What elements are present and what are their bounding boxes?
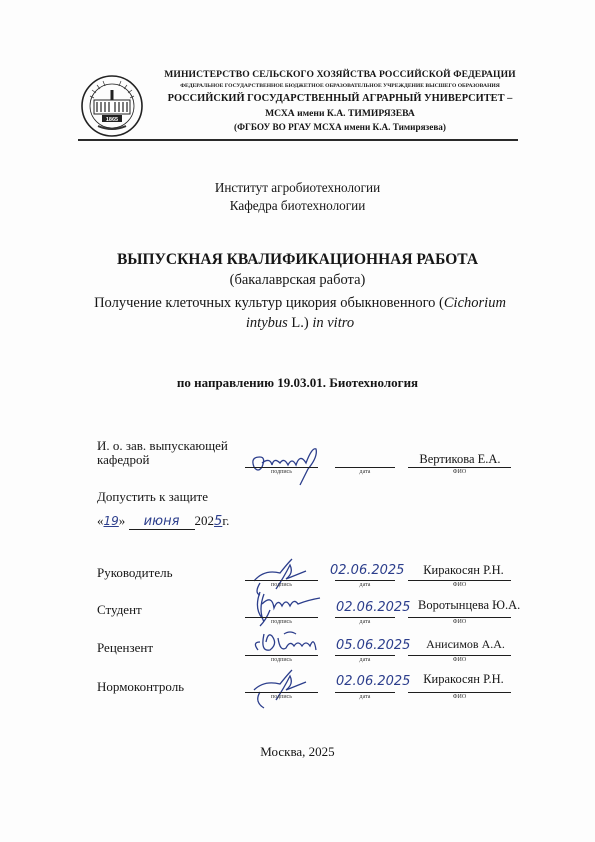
name-line xyxy=(408,580,511,581)
admission-label: Допустить к защите xyxy=(97,489,208,505)
signature-caption: подпись xyxy=(245,657,318,663)
name-line xyxy=(408,617,511,618)
date-line xyxy=(335,692,395,693)
svg-text:1865: 1865 xyxy=(106,117,118,123)
study-direction: по направлению 19.03.01. Биотехнология xyxy=(0,375,595,391)
signature-caption: подпись xyxy=(245,469,318,475)
name-caption: ФИО xyxy=(408,469,511,475)
university-name: РОССИЙСКИЙ ГОСУДАРСТВЕННЫЙ АГРАРНЫЙ УНИВ… xyxy=(150,93,530,104)
thesis-topic: Получение клеточных культур цикория обык… xyxy=(70,293,530,333)
work-type: (бакалаврская работа) xyxy=(0,272,595,289)
name-line xyxy=(408,692,511,693)
role-student: Студент xyxy=(97,602,142,618)
name-line xyxy=(408,467,511,468)
signature-line xyxy=(245,467,318,468)
document-title: ВЫПУСКНАЯ КВАЛИФИКАЦИОННАЯ РАБОТА xyxy=(0,251,595,269)
ministry-name: МИНИСТЕРСТВО СЕЛЬСКОГО ХОЗЯЙСТВА РОССИЙС… xyxy=(150,69,530,80)
date-line xyxy=(335,467,395,468)
name-line xyxy=(408,655,511,656)
student-date: 02.06.2025 xyxy=(336,600,410,615)
date-line xyxy=(335,580,395,581)
supervisor-date: 02.06.2025 xyxy=(330,563,404,578)
date-line xyxy=(335,655,395,656)
signature-line xyxy=(245,617,318,618)
role-reviewer: Рецензент xyxy=(97,640,153,656)
norm-control-name: Киракосян Р.Н. xyxy=(416,672,511,687)
reviewer-name: Анисимов А.А. xyxy=(418,637,513,652)
department-name: Кафедра биотехнологии xyxy=(0,198,595,214)
admission-date: «19» июня2025г. xyxy=(97,513,229,530)
topic-in-vitro: in vitro xyxy=(312,315,354,331)
header-divider xyxy=(78,139,518,141)
signature-line xyxy=(245,655,318,656)
reviewer-date: 05.06.2025 xyxy=(336,638,410,653)
date-caption: дата xyxy=(335,582,395,588)
topic-genus: Cichorium xyxy=(444,295,506,311)
head-of-dept-name: Вертикова Е.А. xyxy=(410,452,510,467)
signature-line xyxy=(245,692,318,693)
head-of-dept-label-2: кафедрой xyxy=(97,452,149,468)
signature-student xyxy=(250,588,325,633)
institute-name: Институт агробиотехнологии xyxy=(0,180,595,196)
supervisor-name: Киракосян Р.Н. xyxy=(416,563,511,578)
topic-species: intybus xyxy=(246,315,288,331)
date-caption: дата xyxy=(335,619,395,625)
city-year: Москва, 2025 xyxy=(0,744,595,760)
role-supervisor: Руководитель xyxy=(97,565,173,581)
name-caption: ФИО xyxy=(408,582,511,588)
name-caption: ФИО xyxy=(408,657,511,663)
signature-line xyxy=(245,580,318,581)
role-norm-control: Нормоконтроль xyxy=(97,679,184,695)
date-caption: дата xyxy=(335,694,395,700)
university-name-cont: МСХА имени К.А. ТИМИРЯЗЕВА xyxy=(150,108,530,119)
university-abbrev: (ФГБОУ ВО РГАУ МСХА имени К.А. Тимирязев… xyxy=(150,122,530,132)
signature-caption: подпись xyxy=(245,619,318,625)
name-caption: ФИО xyxy=(408,619,511,625)
admission-month: июня xyxy=(144,514,180,529)
student-name: Воротынцева Ю.А. xyxy=(418,598,518,613)
admission-month-field: июня xyxy=(129,513,195,530)
name-caption: ФИО xyxy=(408,694,511,700)
document-page: 1865 МИНИСТЕРСТВО СЕЛЬСКОГО ХОЗЯЙСТВА РО… xyxy=(0,0,595,842)
topic-text: Получение клеточных культур цикория обык… xyxy=(94,295,444,311)
admission-day: 19 xyxy=(104,514,119,528)
date-caption: дата xyxy=(335,469,395,475)
institution-type: ФЕДЕРАЛЬНОЕ ГОСУДАРСТВЕННОЕ БЮДЖЕТНОЕ ОБ… xyxy=(150,83,530,89)
norm-control-date: 02.06.2025 xyxy=(336,674,410,689)
date-line xyxy=(335,617,395,618)
topic-author: L.) xyxy=(288,315,313,331)
university-seal-icon: 1865 xyxy=(80,74,144,138)
signature-caption: подпись xyxy=(245,694,318,700)
date-caption: дата xyxy=(335,657,395,663)
